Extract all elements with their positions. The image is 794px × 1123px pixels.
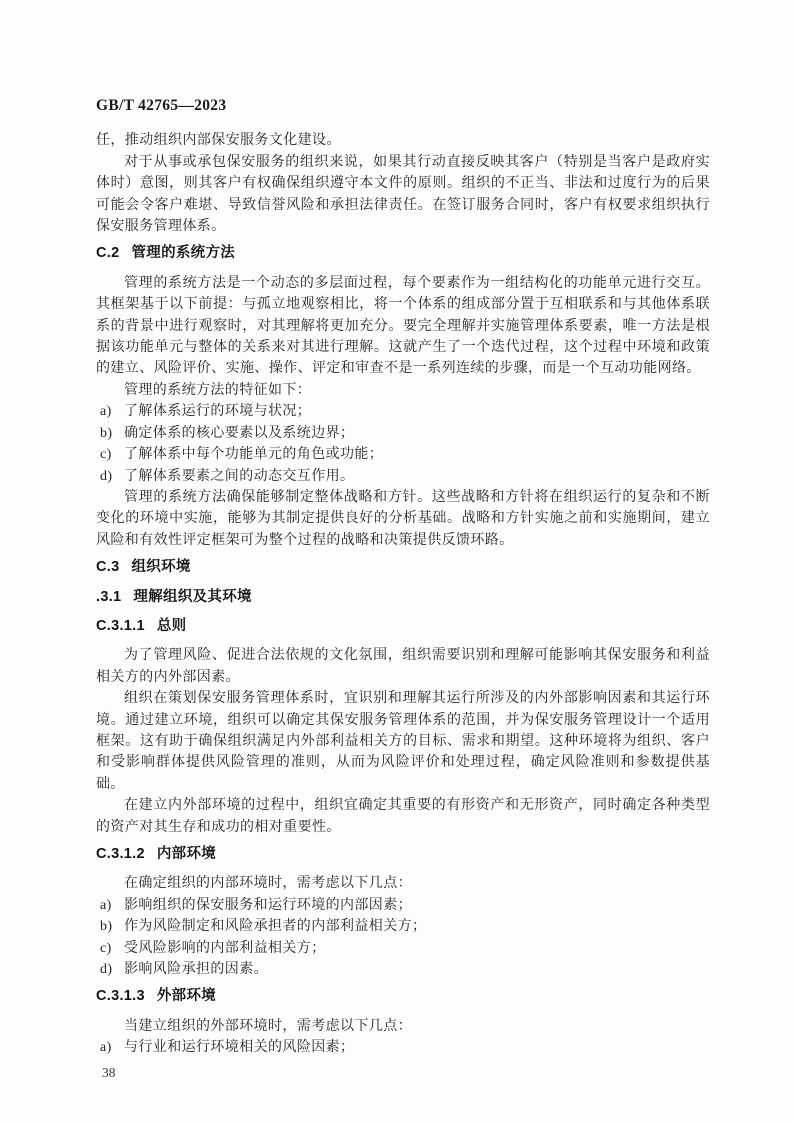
section-title: 总则 (157, 618, 187, 634)
list-item: c) 了解体系中每个功能单元的角色或功能； (96, 444, 710, 465)
paragraph: 管理的系统方法确保能够制定整体战略和方针。这些战略和方针将在组织运行的复杂和不断… (96, 487, 710, 551)
list-item-text: 确定体系的核心要素以及系统边界； (124, 423, 710, 444)
paragraph: 组织在策划保安服务管理体系时，宜识别和理解其运行所涉及的内外部影响因素和其运行环… (96, 688, 710, 795)
section-heading-c312: C.3.1.2内部环境 (96, 844, 710, 865)
list-item: b) 作为风险制定和风险承担者的内部利益相关方； (96, 916, 710, 937)
section-number: C.3 (96, 559, 119, 575)
section-title: 内部环境 (157, 846, 216, 862)
continued-paragraph: 任，推动组织内部保安服务文化建设。 (96, 130, 710, 151)
section-number: .3.1 (96, 589, 121, 605)
section-title: 组织环境 (131, 559, 190, 575)
list-item: a) 了解体系运行的环境与状况； (96, 401, 710, 422)
list-item-label: b) (96, 423, 124, 444)
section-heading-c2: C.2管理的系统方法 (96, 243, 710, 264)
paragraph: 管理的系统方法是一个动态的多层面过程，每个要素作为一组结构化的功能单元进行交互。… (96, 273, 710, 380)
list-item-text: 了解体系运行的环境与状况； (124, 401, 710, 422)
list-item-label: a) (96, 401, 124, 422)
section-number: C.3.1.2 (96, 846, 145, 862)
document-page: GB/T 42765—2023 任，推动组织内部保安服务文化建设。 对于从事或承… (0, 0, 794, 1123)
section-number: C.3.1.1 (96, 618, 145, 634)
section-heading-c311: C.3.1.1总则 (96, 616, 710, 637)
paragraph: 在建立内外部环境的过程中，组织宜确定其重要的有形资产和无形资产，同时确定各种类型… (96, 795, 710, 838)
list-item-text: 影响组织的保安服务和运行环境的内部因素； (124, 895, 710, 916)
section-title: 管理的系统方法 (131, 245, 235, 261)
section-number: C.3.1.3 (96, 988, 145, 1004)
list-item: c) 受风险影响的内部利益相关方； (96, 938, 710, 959)
list-item-label: a) (96, 1037, 124, 1058)
section-heading-c313: C.3.1.3外部环境 (96, 986, 710, 1007)
section-heading-c31: .3.1理解组织及其环境 (96, 587, 710, 608)
list-item-text: 了解体系要素之间的动态交互作用。 (124, 466, 710, 487)
list-item-label: d) (96, 466, 124, 487)
list-item-text: 与行业和运行环境相关的风险因素； (124, 1037, 710, 1058)
section-title: 外部环境 (157, 988, 216, 1004)
list-item: d) 影响风险承担的因素。 (96, 959, 710, 980)
list-item: a) 影响组织的保安服务和运行环境的内部因素； (96, 895, 710, 916)
page-content: GB/T 42765—2023 任，推动组织内部保安服务文化建设。 对于从事或承… (96, 95, 710, 1083)
list-item-text: 作为风险制定和风险承担者的内部利益相关方； (124, 916, 710, 937)
list-item-text: 了解体系中每个功能单元的角色或功能； (124, 444, 710, 465)
list-item-label: a) (96, 895, 124, 916)
section-number: C.2 (96, 245, 119, 261)
list-item-text: 影响风险承担的因素。 (124, 959, 710, 980)
section-heading-c3: C.3组织环境 (96, 557, 710, 578)
standard-number-header: GB/T 42765—2023 (96, 95, 710, 116)
list-item: d) 了解体系要素之间的动态交互作用。 (96, 466, 710, 487)
list-intro: 当建立组织的外部环境时，需考虑以下几点： (96, 1016, 710, 1037)
intro-paragraph: 对于从事或承包保安服务的组织来说，如果其行动直接反映其客户（特别是当客户是政府实… (96, 152, 710, 238)
list-item: a) 与行业和运行环境相关的风险因素； (96, 1037, 710, 1058)
section-title: 理解组织及其环境 (133, 589, 251, 605)
list-intro: 管理的系统方法的特征如下： (96, 380, 710, 401)
list-item-label: c) (96, 938, 124, 959)
paragraph: 为了管理风险、促进合法依规的文化氛围，组织需要识别和理解可能影响其保安服务和利益… (96, 645, 710, 688)
list-item-label: c) (96, 444, 124, 465)
list-item: b) 确定体系的核心要素以及系统边界； (96, 423, 710, 444)
page-number: 38 (96, 1063, 710, 1083)
list-intro: 在确定组织的内部环境时，需考虑以下几点： (96, 873, 710, 894)
list-item-label: d) (96, 959, 124, 980)
list-item-label: b) (96, 916, 124, 937)
list-item-text: 受风险影响的内部利益相关方； (124, 938, 710, 959)
